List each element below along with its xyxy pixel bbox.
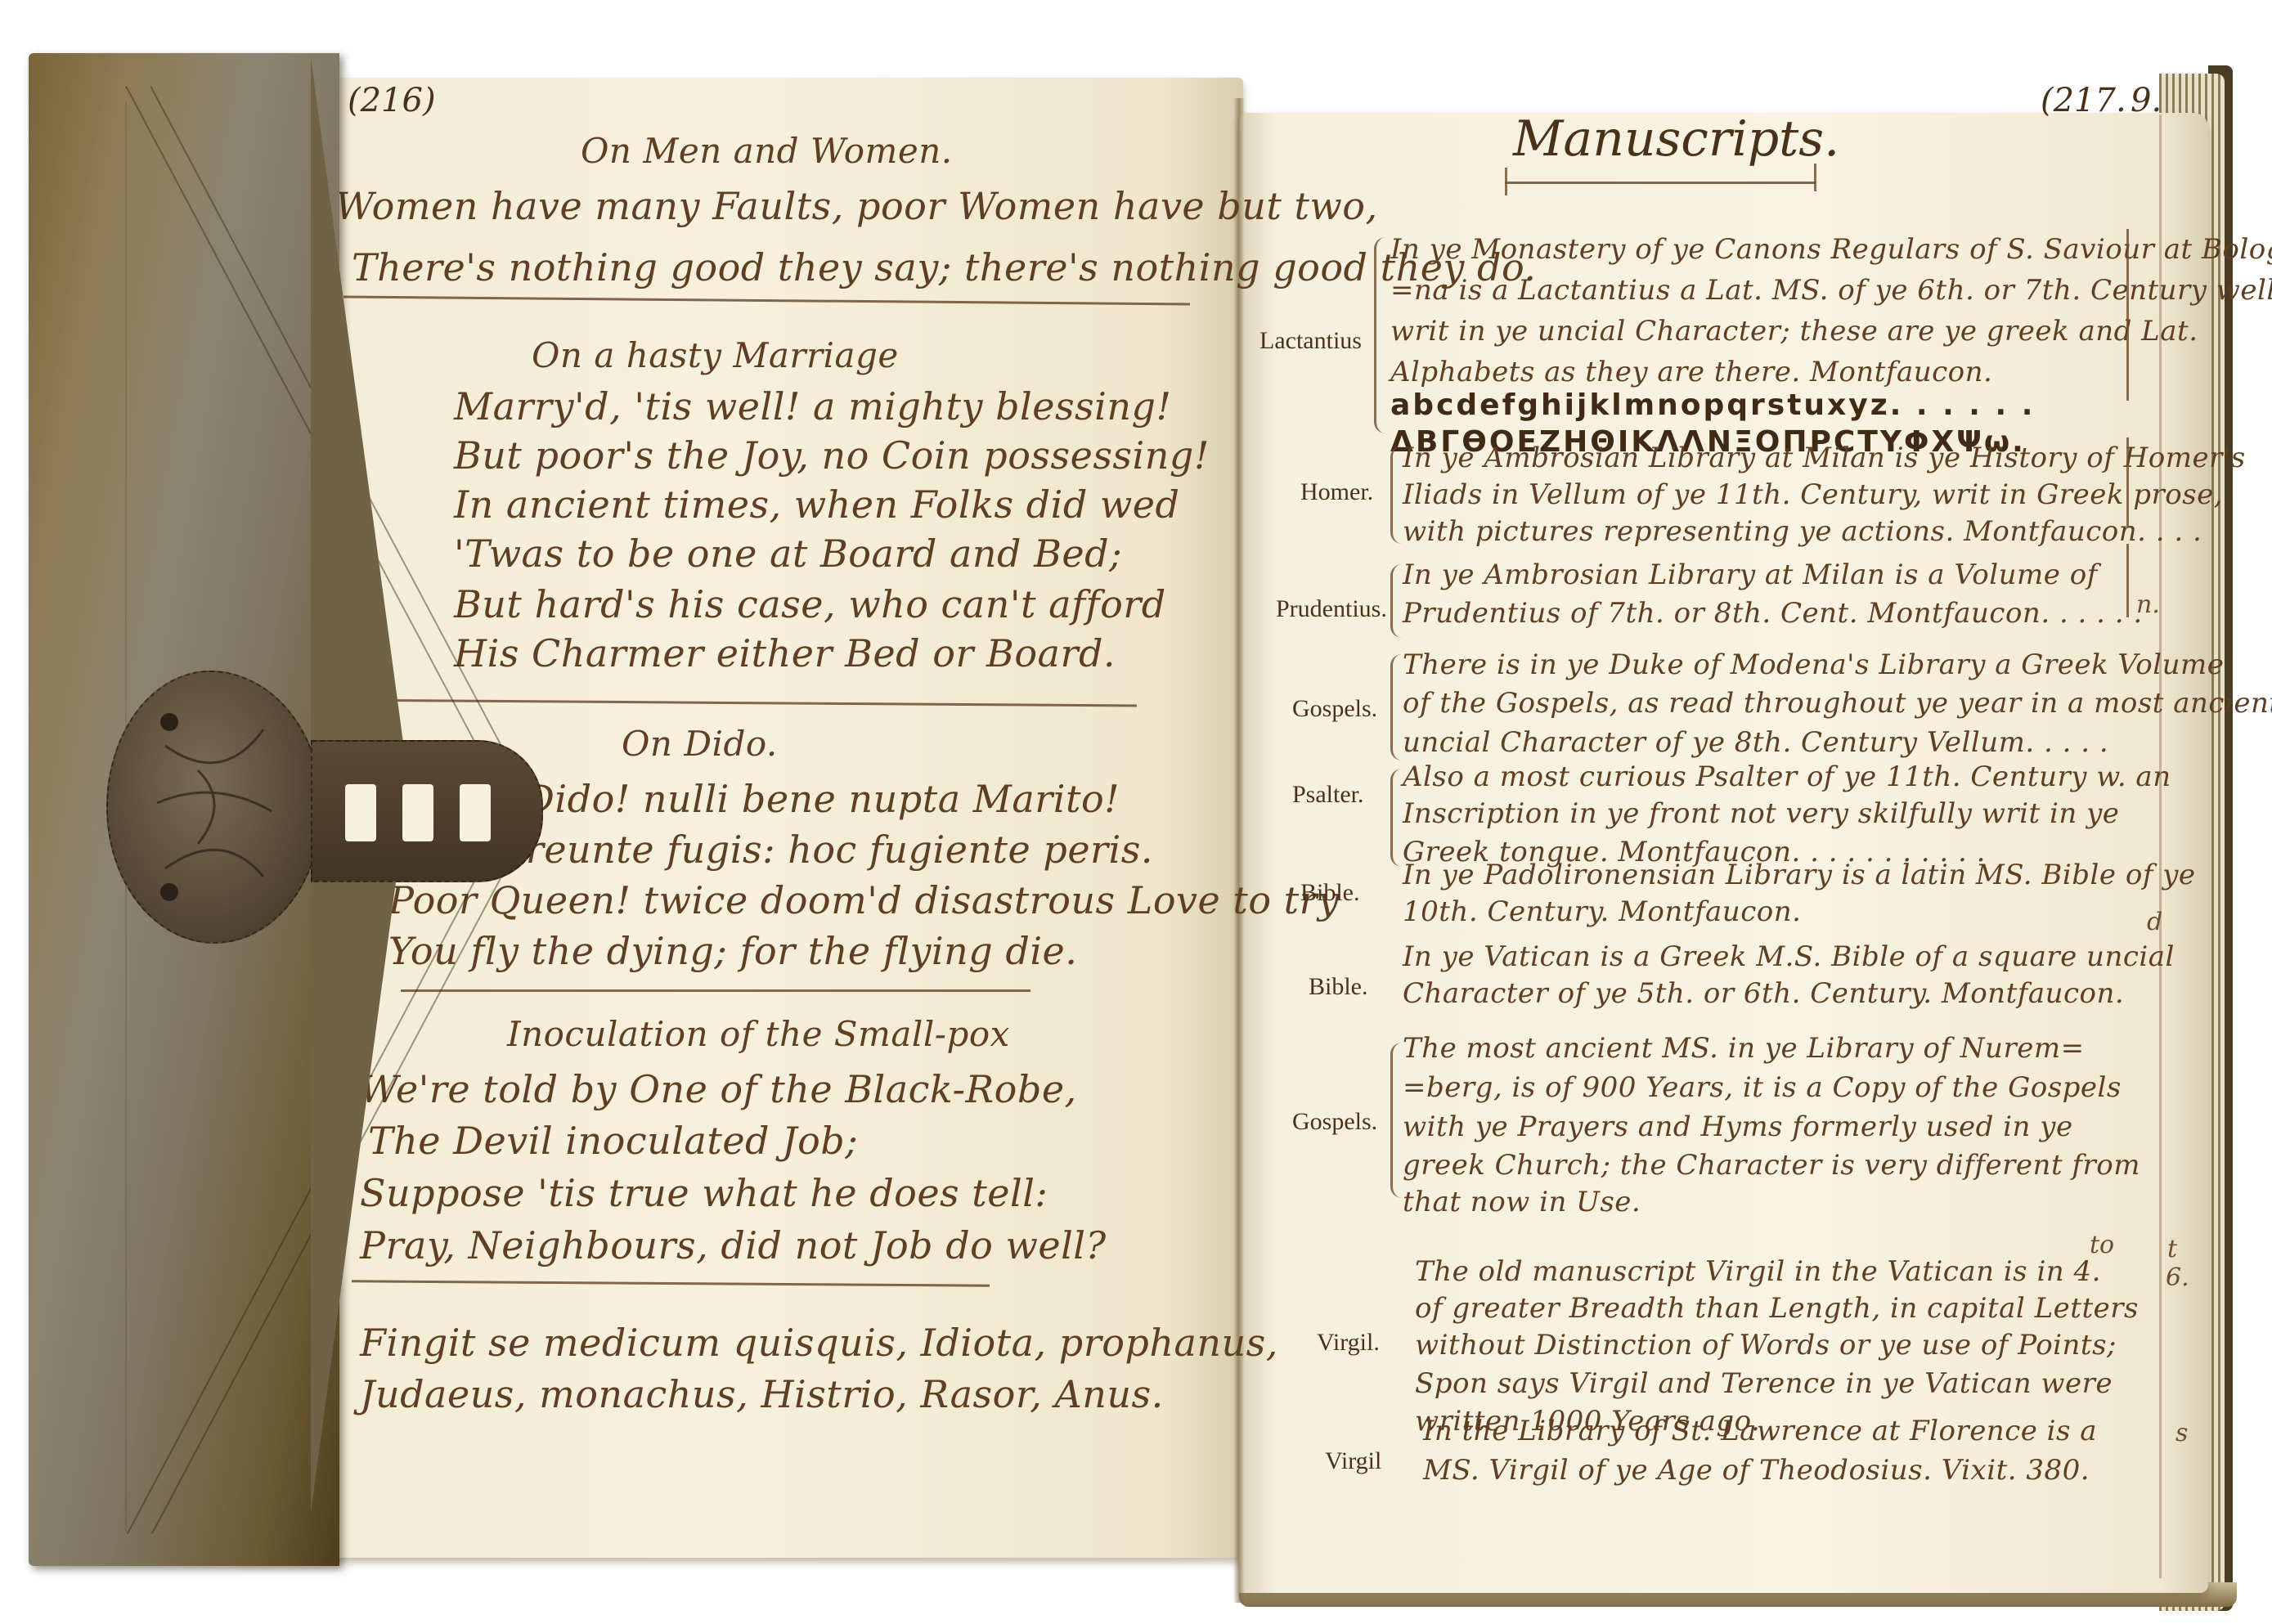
entry-line: =berg, is of 900 Years, it is a Copy of … [1403,1071,2122,1104]
margin-rule [2126,437,2129,527]
entry-line: with ye Prayers and Hyms formerly used i… [1403,1110,2073,1143]
latin-uncial-alphabet: abcdefghijklmnopqrstuxyz. . . . . . [1390,388,2035,422]
margin-note: s [2175,1419,2188,1447]
entry-label: Bible. [1309,973,1368,1001]
poem-line: The Devil inoculated Job; [368,1119,858,1163]
clasp-slot [345,784,376,841]
entry-label: Lactantius [1259,327,1362,355]
entry-line: The old manuscript Virgil in the Vatican… [1415,1255,2101,1288]
entry-label: Gospels. [1292,1108,1377,1136]
clasp-strap[interactable] [311,740,543,882]
entry-line: 10th. Century. Montfaucon. [1403,895,1801,928]
entry-line: In ye Padolironensian Library is a latin… [1403,859,2196,891]
engraved-leaf-icon [108,672,321,942]
poem-line: In ancient times, when Folks did wed [454,482,1179,527]
title-underline [1505,182,1816,184]
entry-line: of greater Breadth than Length, in capit… [1415,1292,2139,1325]
entry-label: Gospels. [1292,695,1377,723]
entry-line: There is in ye Duke of Modena's Library … [1403,648,2224,681]
entry-line: =na is a Lactantius a Lat. MS. of ye 6th… [1390,274,2272,307]
entry-line: In ye Ambrosian Library at Milan is a Vo… [1403,559,2098,591]
entry-line: greek Church; the Character is very diff… [1403,1149,2140,1182]
poem-line: Pray, Neighbours, did not Job do well? [360,1223,1107,1267]
entry-line: writ in ye uncial Character; these are y… [1390,315,2198,348]
margin-rule [2126,544,2129,617]
latin-verse-line: Fingit se medicum quisquis, Idiota, prop… [360,1321,1278,1365]
clasp-slot [402,784,433,841]
entry-label: Psalter. [1292,781,1364,809]
entry-line: The most ancient MS. in ye Library of Nu… [1403,1032,2085,1065]
entry-line: Iliads in Vellum of ye 11th. Century, wr… [1403,478,2223,511]
page-title: Manuscripts. [1513,110,1839,168]
divider-rule [401,989,1030,992]
entry-line: Character of ye 5th. or 6th. Century. Mo… [1403,977,2124,1010]
entry-line: uncial Character of ye 8th. Century Vell… [1403,726,2108,759]
margin-note: n. [2136,590,2160,619]
poem-title: On Men and Women. [581,131,953,171]
entry-label: Homer. [1300,478,1373,506]
folio-mark: 9. [2131,82,2162,119]
poem-line: Suppose 'tis true what he does tell: [360,1171,1048,1215]
page-margin-rule [2159,114,2162,1578]
margin-rule [2126,229,2129,401]
entry-line: without Distinction of Words or ye use o… [1415,1329,2117,1362]
margin-note: t [2167,1235,2177,1263]
poem-title: On a hasty Marriage [532,335,899,375]
entry-line: Inscription in ye front not very skilful… [1403,797,2119,830]
entry-line: In the Library of St. Lawrence at Floren… [1423,1415,2097,1447]
poem-line: We're told by One of the Black-Robe, [360,1067,1077,1111]
poem-line: Women have many Faults, poor Women have … [335,184,1378,228]
entry-line: of the Gospels, as read throughout ye ye… [1403,687,2272,720]
entry-line: Prudentius of 7th. or 8th. Cent. Montfau… [1403,597,2143,630]
poem-line: But hard's his case, who can't afford [454,582,1166,626]
entry-label: Virgil [1325,1447,1381,1475]
entry-line: with pictures representing ye actions. M… [1403,515,2202,548]
margin-note: 6. [2166,1263,2189,1292]
entry-label: Bible. [1300,879,1360,907]
entry-line: In ye Monastery of ye Canons Regulars of… [1390,233,2272,266]
entry-bracket [1374,237,1388,433]
poem-line: 'Twas to be one at Board and Bed; [454,532,1122,576]
gutter [1233,98,1245,1603]
entry-line: In ye Ambrosian Library at Milan is ye H… [1403,442,2246,474]
title-underline-end [1505,168,1507,195]
poem-title: Inoculation of the Small-pox [507,1014,1010,1054]
entry-line: Also a most curious Psalter of ye 11th. … [1403,760,2171,793]
entry-line: Spon says Virgil and Terence in ye Vatic… [1415,1367,2113,1400]
poem-line: Poor Queen! twice doom'd disastrous Love… [388,878,1340,922]
entry-line: Alphabets as they are there. Montfaucon. [1390,356,1992,388]
poem-line: You fly the dying; for the flying die. [388,929,1077,973]
entry-line: MS. Virgil of ye Age of Theodosius. Vixi… [1423,1454,2090,1487]
poem-title: On Dido. [622,724,778,764]
clasp-plate [106,671,322,944]
clasp-slot [460,784,491,841]
entry-label: Prudentius. [1276,595,1387,623]
poem-line: But poor's the Joy, no Coin possessing! [454,433,1210,478]
poem-line: His Charmer either Bed or Board. [454,631,1116,675]
latin-verse-line: Judaeus, monachus, Histrio, Rasor, Anus. [360,1372,1164,1416]
poem-line: Marry'd, 'tis well! a mighty blessing! [454,384,1171,428]
entry-line: that now in Use. [1403,1186,1641,1218]
poem-line: There's nothing good they say; there's n… [352,245,1537,289]
title-underline-end [1814,164,1816,191]
entry-label: Virgil. [1317,1329,1380,1357]
entry-line: In ye Vatican is a Greek M.S. Bible of a… [1403,940,2175,973]
page-number-right: (217. [2041,82,2126,119]
